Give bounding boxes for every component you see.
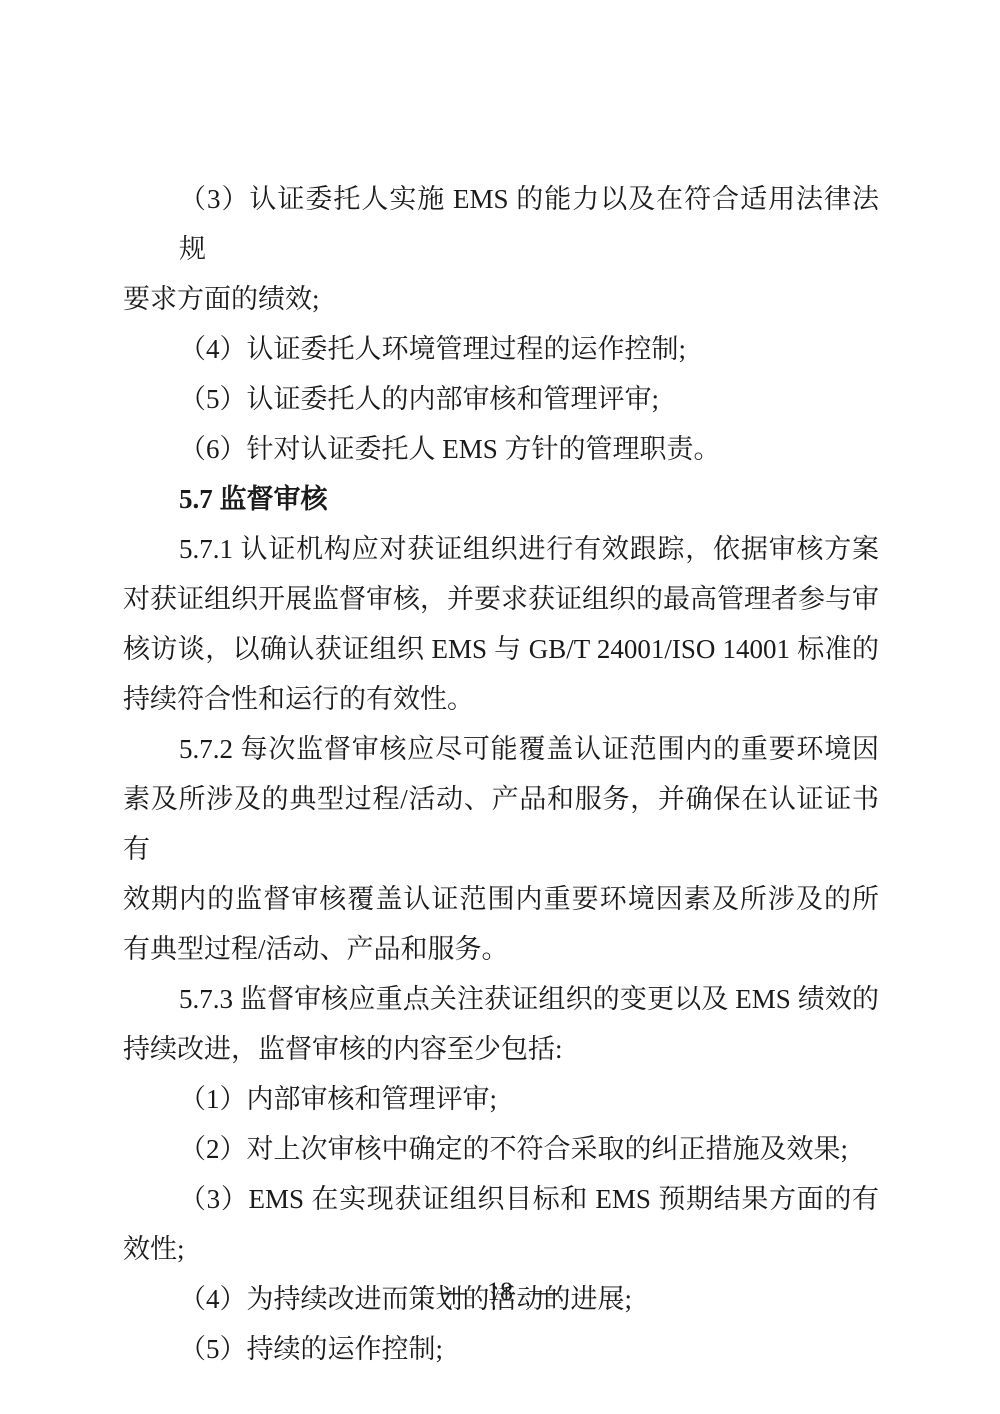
- text-line: 效性;: [123, 1224, 879, 1274]
- text-line: （5）认证委托人的内部审核和管理评审;: [123, 374, 879, 424]
- text-line: （2）对上次审核中确定的不符合采取的纠正措施及效果;: [123, 1124, 879, 1174]
- text-line: 对获证组织开展监督审核，并要求获证组织的最高管理者参与审: [123, 574, 879, 624]
- paragraph-heading-5-7: 5.7 监督审核: [123, 474, 879, 524]
- text-line: （4）认证委托人环境管理过程的运作控制;: [123, 324, 879, 374]
- page-footer: —18—: [0, 1272, 1000, 1312]
- paragraph-list-3: （3）EMS 在实现获证组织目标和 EMS 预期结果方面的有效性;: [123, 1174, 879, 1274]
- page-number: 18: [487, 1277, 513, 1306]
- text-line: （3）认证委托人实施 EMS 的能力以及在符合适用法律法规: [123, 174, 879, 274]
- paragraph-list-2: （2）对上次审核中确定的不符合采取的纠正措施及效果;: [123, 1124, 879, 1174]
- text-line: （1）内部审核和管理评审;: [123, 1074, 879, 1124]
- text-line: 持续符合性和运行的有效性。: [123, 674, 879, 724]
- document-page: （3）认证委托人实施 EMS 的能力以及在符合适用法律法规要求方面的绩效;（4）…: [0, 0, 1000, 1414]
- document-body: （3）认证委托人实施 EMS 的能力以及在符合适用法律法规要求方面的绩效;（4）…: [123, 174, 879, 1374]
- paragraph-item-6: （6）针对认证委托人 EMS 方针的管理职责。: [123, 424, 879, 474]
- text-line: （3）EMS 在实现获证组织目标和 EMS 预期结果方面的有: [123, 1174, 879, 1224]
- text-line: 核访谈，以确认获证组织 EMS 与 GB/T 24001/ISO 14001 标…: [123, 624, 879, 674]
- paragraph-item-4: （4）认证委托人环境管理过程的运作控制;: [123, 324, 879, 374]
- footer-dash-left: —: [441, 1277, 467, 1306]
- text-line: （5）持续的运作控制;: [123, 1324, 879, 1374]
- text-line: 5.7.1 认证机构应对获证组织进行有效跟踪，依据审核方案: [123, 524, 879, 574]
- paragraph-item-3: （3）认证委托人实施 EMS 的能力以及在符合适用法律法规要求方面的绩效;: [123, 174, 879, 324]
- paragraph-clause-5-7-1: 5.7.1 认证机构应对获证组织进行有效跟踪，依据审核方案对获证组织开展监督审核…: [123, 524, 879, 724]
- text-line: 5.7.3 监督审核应重点关注获证组织的变更以及 EMS 绩效的: [123, 974, 879, 1024]
- text-line: 要求方面的绩效;: [123, 274, 879, 324]
- text-line: 效期内的监督审核覆盖认证范围内重要环境因素及所涉及的所: [123, 874, 879, 924]
- text-line: 5.7 监督审核: [123, 474, 879, 524]
- footer-dash-right: —: [533, 1277, 559, 1306]
- text-line: （6）针对认证委托人 EMS 方针的管理职责。: [123, 424, 879, 474]
- text-line: 5.7.2 每次监督审核应尽可能覆盖认证范围内的重要环境因: [123, 724, 879, 774]
- text-line: 有典型过程/活动、产品和服务。: [123, 924, 879, 974]
- paragraph-list-1: （1）内部审核和管理评审;: [123, 1074, 879, 1124]
- paragraph-item-5: （5）认证委托人的内部审核和管理评审;: [123, 374, 879, 424]
- text-line: 持续改进，监督审核的内容至少包括:: [123, 1024, 879, 1074]
- paragraph-clause-5-7-2: 5.7.2 每次监督审核应尽可能覆盖认证范围内的重要环境因素及所涉及的典型过程/…: [123, 724, 879, 974]
- paragraph-clause-5-7-3: 5.7.3 监督审核应重点关注获证组织的变更以及 EMS 绩效的持续改进，监督审…: [123, 974, 879, 1074]
- text-line: 素及所涉及的典型过程/活动、产品和服务，并确保在认证证书有: [123, 774, 879, 874]
- paragraph-list-5: （5）持续的运作控制;: [123, 1324, 879, 1374]
